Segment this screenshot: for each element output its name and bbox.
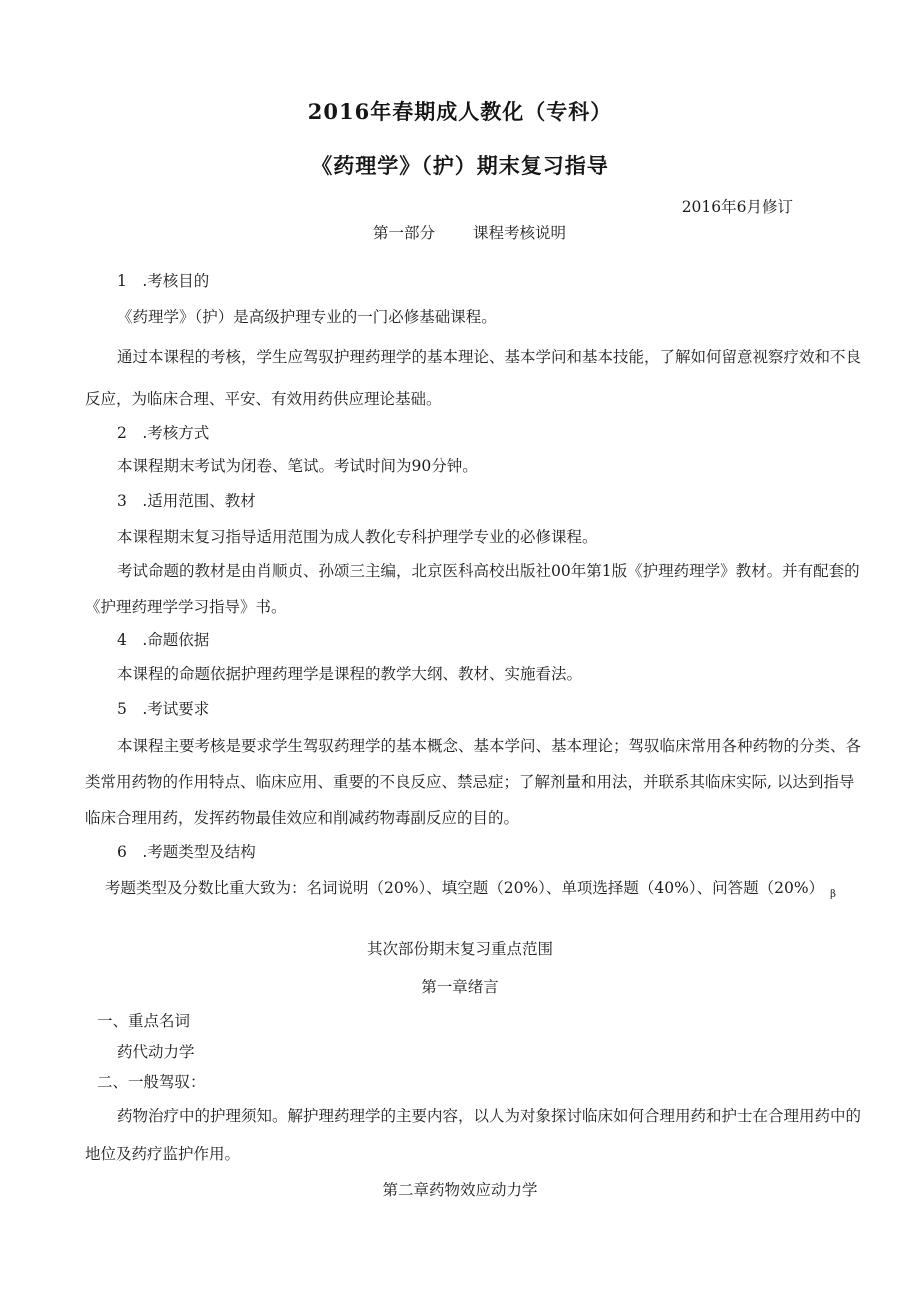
section3-heading: 3 .适用范围、教材 [117,490,256,513]
section1-heading: 1 .考核目的 [117,270,209,293]
document-page: 2016年春期成人教化（专科） 《药理学》（护）期末复习指导 2016年6月修订… [0,0,920,1301]
part1-heading: 第一部分课程考核说明 [373,222,566,245]
section1-paragraph1: 《药理学》（护）是高级护理专业的一门必修基础课程。 [117,306,497,329]
chapter2-heading: 第二章药物效应动力学 [0,1179,920,1202]
part1-heading-number: 第一部分 [373,224,435,242]
section2-heading: 2 .考核方式 [117,422,209,445]
section3-paragraph2-line2: 《护理药理学学习指导》书。 [85,596,287,619]
section5-paragraph1-line3: 临床合理用药，发挥药物最佳效应和削减药物毒副反应的目的。 [85,807,519,830]
revision-note: 2016年6月修订 [0,196,793,219]
exam-structure-subscript: β [830,889,836,900]
section1-paragraph2-line1: 通过本课程的考核，学生应驾驭护理药理学的基本理论、基本学问和基本技能，了解如何留… [117,346,861,369]
part1-heading-title: 课程考核说明 [473,224,566,242]
section2-paragraph1: 本课程期末考试为闭卷、笔试。考试时间为90分钟。 [117,455,478,478]
section4-paragraph1: 本课程的命题依据护理药理学是课程的教学大纲、教材、实施看法。 [117,663,582,686]
chapter1-heading: 第一章绪言 [0,976,920,999]
section6-heading: 6 .考题类型及结构 [117,841,256,864]
section3-paragraph1: 本课程期末复习指导适用范围为成人教化专科护理学专业的必修课程。 [117,526,598,549]
exam-structure-text: 考题类型及分数比重大致为：名词说明（20%）、填空题（20%）、单项选择题（40… [105,879,824,897]
part2-list-item1: 一、重点名词 [97,1010,190,1033]
document-title-line1: 2016年春期成人教化（专科） [0,100,920,123]
part2-list-item2: 二、一般驾驭： [97,1071,206,1094]
section1-paragraph2-line2: 反应，为临床合理、平安、有效用药供应理论基础。 [85,388,442,411]
section4-heading: 4 .命题依据 [117,629,209,652]
section5-heading: 5 .考试要求 [117,698,209,721]
part2-paragraph1-line1: 药物治疗中的护理须知。解护理药理学的主要内容，以人为对象探讨临床如何合理用药和护… [117,1105,861,1128]
part2-term1: 药代动力学 [117,1041,195,1064]
part2-paragraph1-line2: 地位及药疗监护作用。 [85,1143,240,1166]
section3-paragraph2-line1: 考试命题的教材是由肖顺贞、孙颂三主编，北京医科高校出版社00年第1版《护理药理学… [117,560,860,583]
section5-paragraph1-line2: 类常用药物的作用特点、临床应用、重要的不良反应、禁忌症；了解剂量和用法，并联系其… [85,771,854,794]
section5-paragraph1-line1: 本课程主要考核是要求学生驾驭药理学的基本概念、基本学问、基本理论；驾驭临床常用各… [117,735,861,758]
section6-paragraph1: 考题类型及分数比重大致为：名词说明（20%）、填空题（20%）、单项选择题（40… [105,877,836,906]
document-title-line2: 《药理学》（护）期末复习指导 [0,154,920,177]
part2-heading: 其次部份期末复习重点范围 [0,938,920,961]
